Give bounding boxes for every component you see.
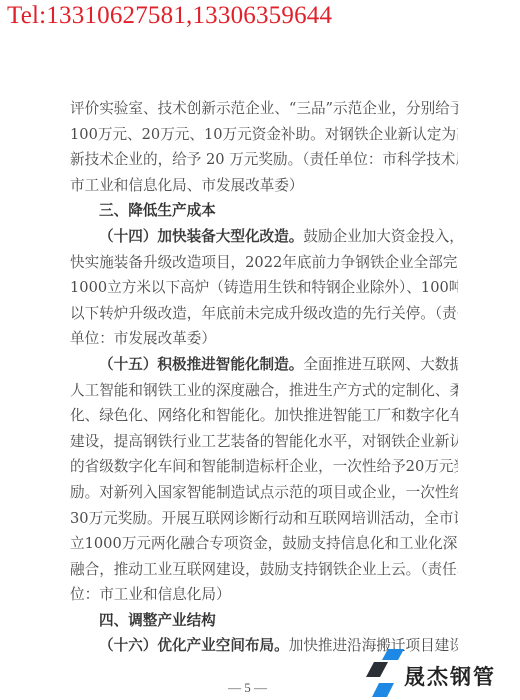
paragraph-start-15: （十五）积极推进智能化制造。全面推进互联网、大数据、 [70,352,458,378]
section-heading-reduce-cost: 三、降低生产成本 [70,198,458,224]
body-line: 以下转炉升级改造，年底前未完成升级改造的先行关停。（责任 [70,301,458,327]
body-line: 人工智能和钢铁工业的深度融合，推进生产方式的定制化、柔性 [70,378,458,404]
body-line: 融合，推动工业互联网建设，鼓励支持钢铁企业上云。（责任单 [70,557,458,583]
body-line: 位：市工业和信息化局） [70,582,458,608]
body-line: 1000立方米以下高炉（铸造用生铁和特钢企业除外）、100吨 [70,275,458,301]
paragraph-start-14: （十四）加快装备大型化改造。鼓励企业加大资金投入，加 [70,224,458,250]
page-number: — 5 — [228,680,267,696]
paragraph-lead: （十六）优化产业空间布局。 [99,637,289,654]
body-line: 立1000万元两化融合专项资金，鼓励支持信息化和工业化深度 [70,531,458,557]
section-heading-adjust-structure: 四、调整产业结构 [70,608,458,634]
paragraph-text: 鼓励企业加大资金投入，加 [303,228,458,245]
body-line: 化、绿色化、网络化和智能化。加快推进智能工厂和数字化车间 [70,403,458,429]
paragraph-lead: （十五）积极推进智能化制造。 [99,356,303,373]
body-line: 30万元奖励。开展互联网诊断行动和互联网培训活动，全市设 [70,506,458,532]
body-line: 评价实验室、技术创新示范企业、“三品”示范企业，分别给予 [70,96,458,122]
company-logo: 晟杰钢管 [362,647,518,697]
document-body: 评价实验室、技术创新示范企业、“三品”示范企业，分别给予 100万元、20万元、… [70,96,458,659]
contact-phone-numbers: Tel:13310627581,13306359644 [7,3,332,29]
body-line: 励。对新列入国家智能制造试点示范的项目或企业，一次性给予 [70,480,458,506]
paragraph-lead: （十四）加快装备大型化改造。 [99,228,303,245]
body-line: 100万元、20万元、10万元资金补助。对钢铁企业新认定为高 [70,122,458,148]
body-line: 市工业和信息化局、市发展改革委） [70,173,458,199]
paragraph-text: 全面推进互联网、大数据、 [303,356,458,373]
body-line: 快实施装备升级改造项目，2022年底前力争钢铁企业全部完成 [70,250,458,276]
body-line: 新技术企业的，给予 20 万元奖励。（责任单位：市科学技术局、 [70,147,458,173]
body-line: 单位：市发展改革委） [70,326,458,352]
body-line: 建设，提高钢铁行业工艺装备的智能化水平，对钢铁企业新认定 [70,429,458,455]
logo-text: 晟杰钢管 [404,661,496,691]
body-line: 的省级数字化车间和智能制造标杆企业，一次性给予20万元奖 [70,454,458,480]
